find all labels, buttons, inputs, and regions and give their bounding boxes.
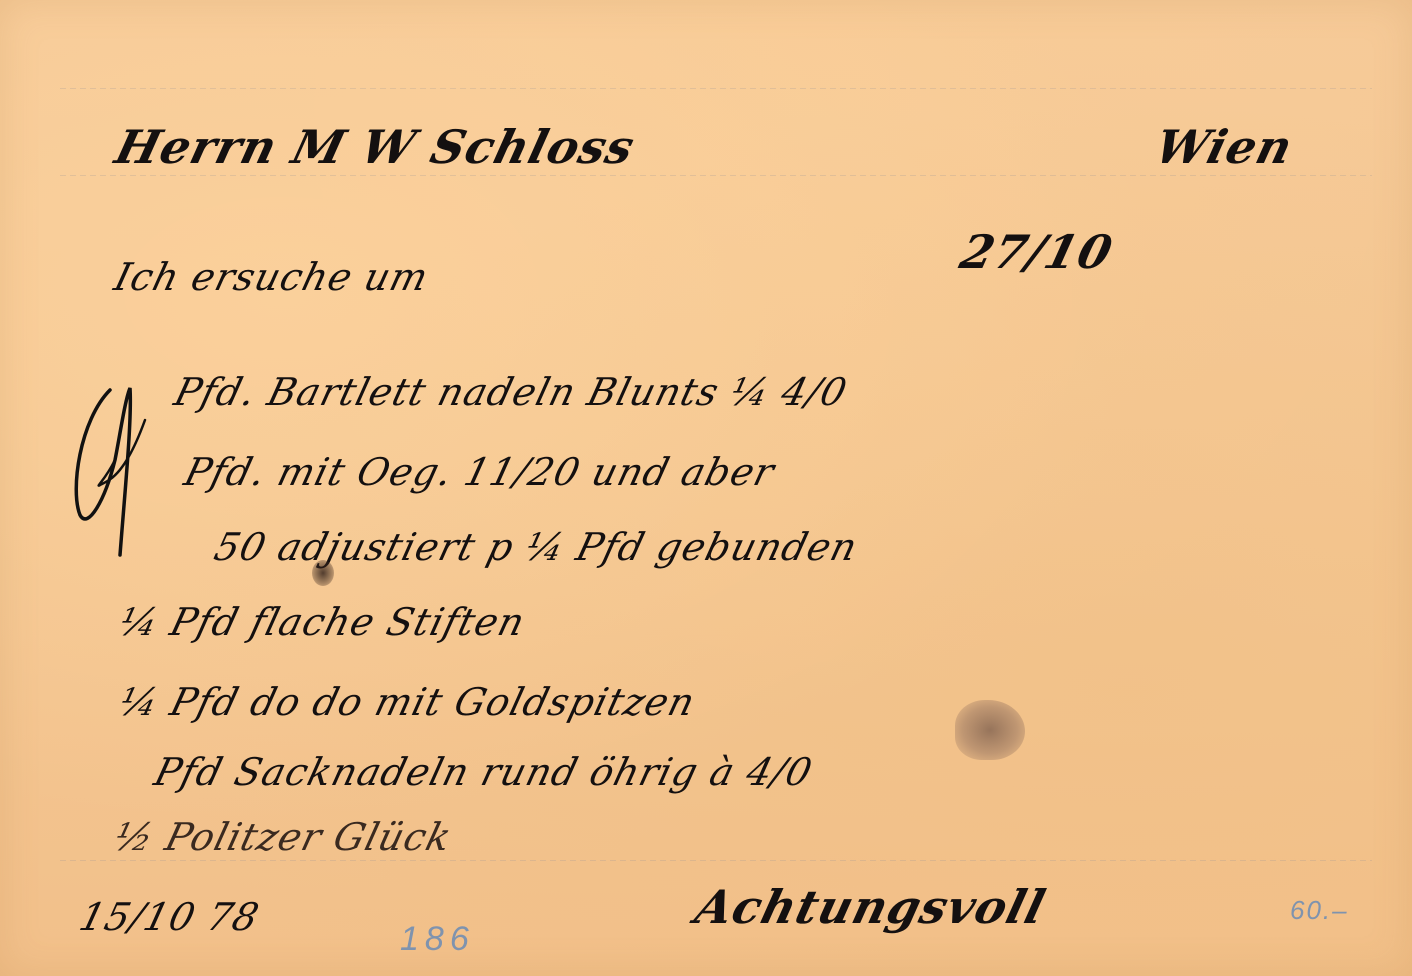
place-name: Wien xyxy=(1150,120,1299,174)
salutation: Herrn M W Schloss xyxy=(110,120,640,174)
ruling-line xyxy=(60,860,1372,861)
monogram-flourish-icon xyxy=(70,380,160,560)
postcard: Herrn M W Schloss Wien 27/10 Ich ersuche… xyxy=(0,0,1412,976)
pencil-number: 186 xyxy=(400,920,475,959)
closing-date: 15/10 78 xyxy=(75,895,264,939)
ink-blot xyxy=(312,560,334,586)
body-line-6: ¼ Pfd do do mit Goldspitzen xyxy=(115,680,700,724)
ink-stain xyxy=(955,700,1025,760)
body-line-1: Ich ersuche um xyxy=(110,255,433,299)
signature: Achtungsvoll xyxy=(690,880,1051,934)
ruling-line xyxy=(60,88,1372,89)
pencil-price: 60.– xyxy=(1290,895,1349,926)
body-line-8: ½ Politzer Glück xyxy=(110,815,456,859)
date-note: 27/10 xyxy=(955,225,1118,279)
body-line-2: Pfd. Bartlett nadeln Blunts ¼ 4/0 xyxy=(170,370,852,414)
body-line-4: 50 adjustiert p ¼ Pfd gebunden xyxy=(210,525,862,569)
body-line-3: Pfd. mit Oeg. 11/20 und aber xyxy=(180,450,779,494)
ruling-line xyxy=(60,175,1372,176)
body-line-7: Pfd Sacknadeln rund öhrig à 4/0 xyxy=(150,750,817,794)
body-line-5: ¼ Pfd flache Stiften xyxy=(115,600,530,644)
